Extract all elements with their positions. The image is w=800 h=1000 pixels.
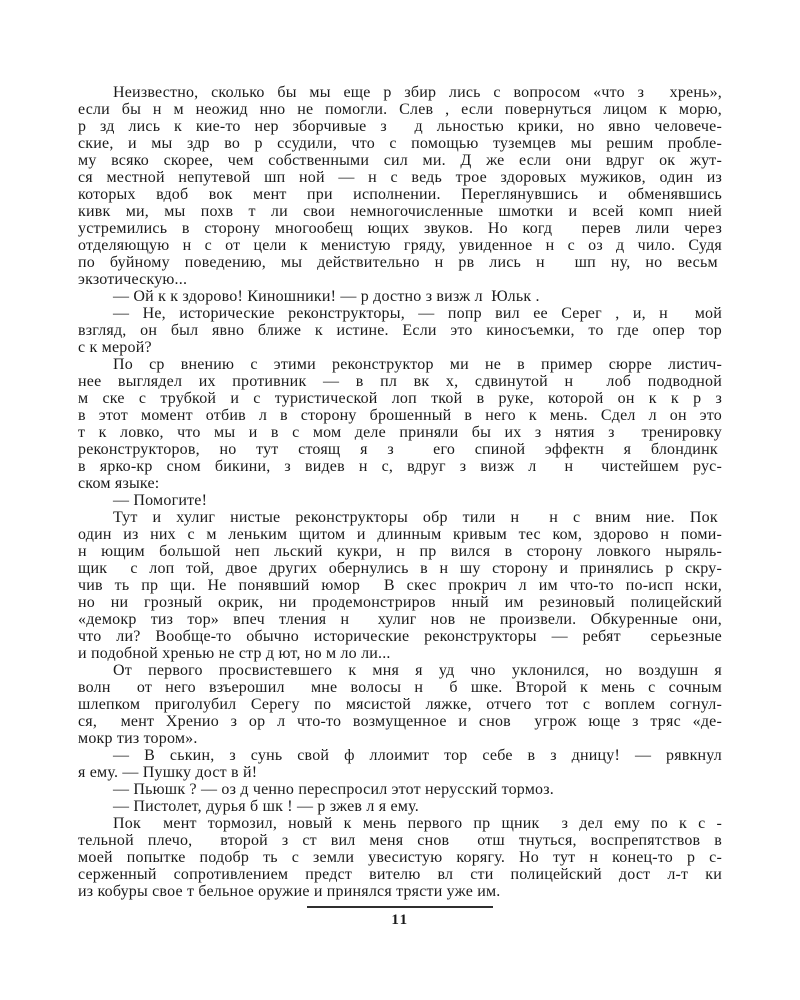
paragraph: Тут и хулиг нистые реконструкторы обр ти… bbox=[78, 509, 722, 662]
paragraph: — Ой к к здорово! Киношники! — р достно … bbox=[78, 288, 722, 305]
page-number: 11 bbox=[0, 912, 800, 929]
text-line: взгляд, он был явно ближе к истине. Если… bbox=[78, 322, 722, 339]
text-line: ся, мент Хренио з ор л что-то возмущенно… bbox=[78, 713, 722, 730]
text-line: с к мерой? bbox=[78, 339, 722, 356]
text-line: — Помогите! bbox=[78, 492, 722, 509]
text-line: кивк ми, мы похв т ли свои немногочислен… bbox=[78, 203, 722, 220]
text-line: — В ськин, з сунь свой ф ллоимит тор себ… bbox=[78, 747, 722, 764]
text-line: экзотическую... bbox=[78, 271, 722, 288]
book-page: Неизвестно, сколько бы мы еще р збир лис… bbox=[0, 0, 800, 1000]
text-line: если бы н м неожид нно не помогли. Слев … bbox=[78, 101, 722, 118]
text-block: Неизвестно, сколько бы мы еще р збир лис… bbox=[78, 84, 722, 900]
text-line: отделяющую н с от цели к менистую гряду,… bbox=[78, 237, 722, 254]
text-line: реконструкторов, но тут стоящ я з его сп… bbox=[78, 441, 722, 458]
text-line: ском языке: bbox=[78, 475, 722, 492]
text-line: в ярко-кр сном бикини, з видев н с, вдру… bbox=[78, 458, 722, 475]
text-line: — Пистолет, дурья б шк ! — р зжев л я ем… bbox=[78, 798, 722, 815]
text-line: — Не, исторические реконструкторы, — поп… bbox=[78, 305, 722, 322]
text-line: По ср внению с этими реконструктор ми не… bbox=[78, 356, 722, 373]
text-line: но ни грозный окрик, ни продемонстриров … bbox=[78, 594, 722, 611]
text-line: один из них с м леньким щитом и длинным … bbox=[78, 526, 722, 543]
paragraph: — В ськин, з сунь свой ф ллоимит тор себ… bbox=[78, 747, 722, 781]
page-footer: 11 bbox=[0, 906, 800, 929]
text-line: «демокр тиз тор» впеч тления н хулиг нов… bbox=[78, 611, 722, 628]
text-line: по буйному поведению, мы действительно н… bbox=[78, 254, 722, 271]
paragraph: От первого просвистевшего к мня я уд чно… bbox=[78, 662, 722, 747]
text-line: тельной плечо, второй з ст вил меня снов… bbox=[78, 832, 722, 849]
paragraph: Неизвестно, сколько бы мы еще р збир лис… bbox=[78, 84, 722, 288]
text-line: Пок мент тормозил, новый к мень первого … bbox=[78, 815, 722, 832]
text-line: моей попытке подобр ть с земли увесистую… bbox=[78, 849, 722, 866]
text-line: в этот момент отбив л в сторону брошенны… bbox=[78, 407, 722, 424]
text-line: я ему. — Пушку дост в й! bbox=[78, 764, 722, 781]
paragraph: — Помогите! bbox=[78, 492, 722, 509]
paragraph: — Пистолет, дурья б шк ! — р зжев л я ем… bbox=[78, 798, 722, 815]
text-line: т к ловко, что мы и в с мом деле приняли… bbox=[78, 424, 722, 441]
text-line: серженный сопротивлением предст вителю в… bbox=[78, 866, 722, 883]
text-line: ся местной непутевой шп ной — н с ведь т… bbox=[78, 169, 722, 186]
paragraph: По ср внению с этими реконструктор ми не… bbox=[78, 356, 722, 492]
text-line: От первого просвистевшего к мня я уд чно… bbox=[78, 662, 722, 679]
text-line: и подобной хренью не стр д ют, но м ло л… bbox=[78, 645, 722, 662]
text-line: му всяко скорее, чем собственными сил ми… bbox=[78, 152, 722, 169]
paragraph: — Пьюшк ? — оз д ченно переспросил этот … bbox=[78, 781, 722, 798]
text-line: устремились в сторону многообещ ющих зву… bbox=[78, 220, 722, 237]
text-line: нее выглядел их противник — в пл вк х, с… bbox=[78, 373, 722, 390]
text-line: которых вдоб вок мент при исполнении. Пе… bbox=[78, 186, 722, 203]
text-line: н ющим большой неп льский кукри, н пр ви… bbox=[78, 543, 722, 560]
text-line: — Ой к к здорово! Киношники! — р достно … bbox=[78, 288, 722, 305]
text-line: волн от него взъерошил мне волосы н б шк… bbox=[78, 679, 722, 696]
paragraph: — Не, исторические реконструкторы, — поп… bbox=[78, 305, 722, 356]
text-line: Тут и хулиг нистые реконструкторы обр ти… bbox=[78, 509, 722, 526]
text-line: м ске с трубкой и с туристической лоп тк… bbox=[78, 390, 722, 407]
text-line: мокр тиз тором». bbox=[78, 730, 722, 747]
text-line: Неизвестно, сколько бы мы еще р збир лис… bbox=[78, 84, 722, 101]
text-line: чив ть пр щи. Не понявший юмор В скес пр… bbox=[78, 577, 722, 594]
text-line: из кобуры свое т бельное оружие и принял… bbox=[78, 883, 722, 900]
text-line: — Пьюшк ? — оз д ченно переспросил этот … bbox=[78, 781, 722, 798]
text-line: шлепком приголубил Серегу по мясистой ля… bbox=[78, 696, 722, 713]
paragraph: Пок мент тормозил, новый к мень первого … bbox=[78, 815, 722, 900]
text-line: щик с лоп той, двое других обернулись в … bbox=[78, 560, 722, 577]
footer-divider bbox=[307, 906, 493, 908]
text-line: что ли? Вообще-то обычно исторические ре… bbox=[78, 628, 722, 645]
text-line: ские, и мы здр во р ссудили, что с помощ… bbox=[78, 135, 722, 152]
text-line: р зд лись к кие-то нер зборчивые з д льн… bbox=[78, 118, 722, 135]
